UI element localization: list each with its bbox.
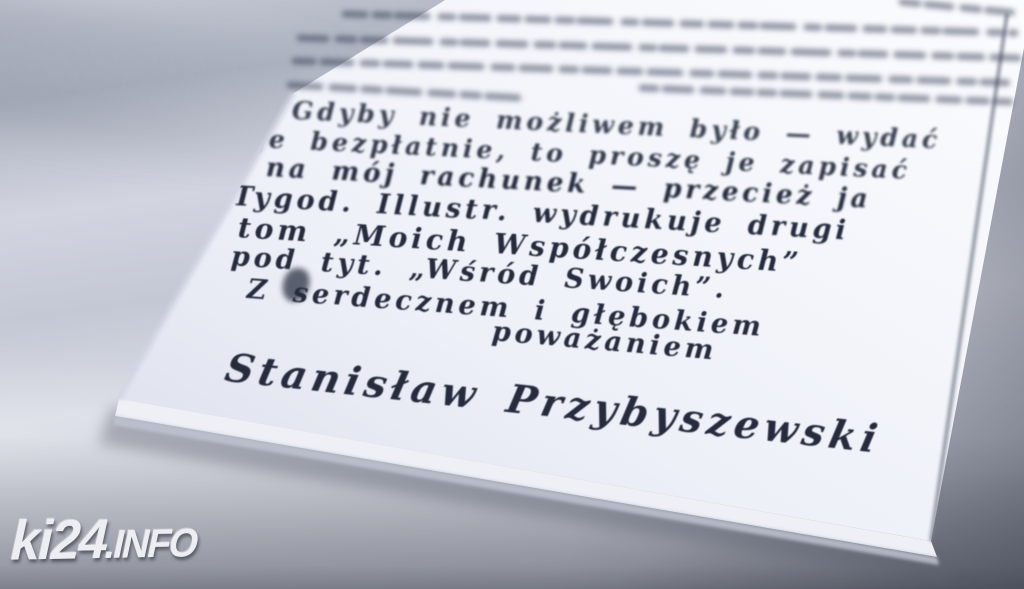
watermark-suffix-text: .INFO <box>101 521 202 567</box>
watermark-brand-text: ki24 <box>5 507 114 572</box>
photo-scene: Gdyby nie możliwem było — wydać je bezpł… <box>0 0 1024 589</box>
watermark: ki24.INFO <box>5 504 206 572</box>
